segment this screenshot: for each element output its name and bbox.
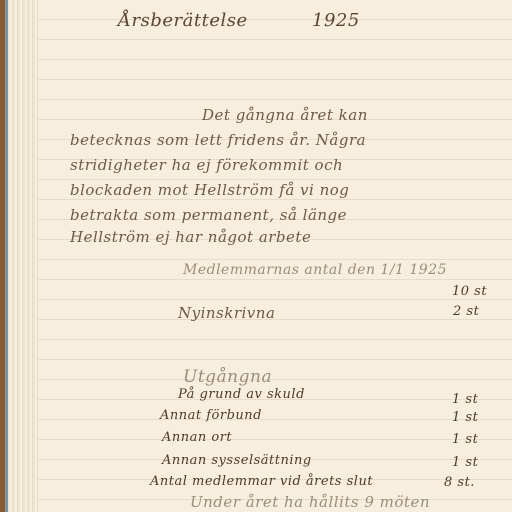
membership-heading: Medlemmarnas antal den 1/1 1925 [183,262,447,278]
departure-item-label: På grund av skuld [178,387,305,402]
departure-item-count: 1 st [452,392,478,407]
membership-start-count: 10 st [452,284,487,299]
departure-item-label: Annan sysselsättning [162,453,312,468]
departure-item-label: Annat förbund [160,408,262,423]
departure-item-count: 1 st [452,410,478,425]
year-end-total-count: 8 st. [444,475,475,490]
departure-item-label: Annan ort [162,430,232,445]
departure-item-count: 1 st [452,455,478,470]
paragraph-line-1: Det gångna året kan [202,106,368,124]
document-title: Årsberättelse [118,10,248,31]
new-members-count: 2 st [453,304,479,319]
ledger-page [38,0,512,512]
paragraph-line-3: stridigheter ha ej förekommit och [70,156,343,174]
paragraph-line-2: betecknas som lett fridens år. Några [70,131,366,149]
paragraph-line-5: betrakta som permanent, så länge [70,206,347,224]
departure-item-count: 1 st [452,432,478,447]
page-stack-edges [8,0,38,512]
new-members-label: Nyinskrivna [178,304,275,322]
paragraph-line-6: Hellström ej har något arbete [70,228,311,246]
year-end-total-label: Antal medlemmar vid årets slut [150,474,373,489]
meetings-line: Under året ha hållits 9 möten [190,493,430,511]
departures-heading: Utgångna [183,367,272,387]
paragraph-line-4: blockaden mot Hellström få vi nog [70,181,349,199]
document-year: 1925 [312,10,360,31]
